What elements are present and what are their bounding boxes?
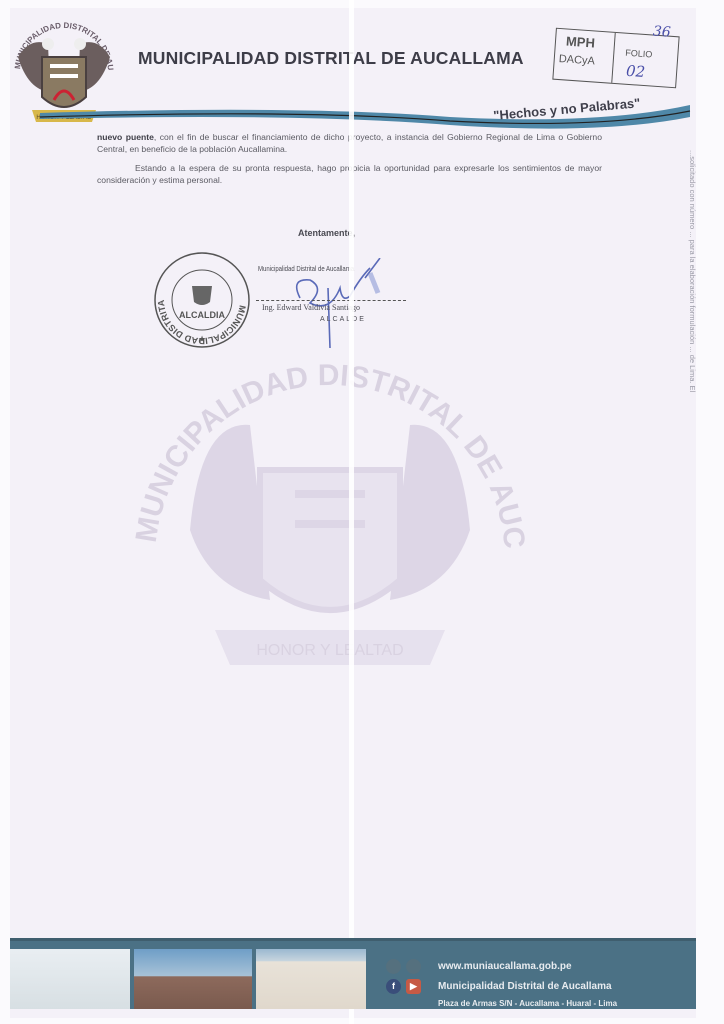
stamp-folio-label: FOLIO — [625, 48, 653, 60]
footer-photo-church — [134, 949, 252, 1009]
svg-text:ALCALDIA: ALCALDIA — [179, 310, 225, 320]
social-icon-placeholder — [386, 959, 401, 974]
footer-website[interactable]: www.muniaucallama.gob.pe — [438, 961, 572, 972]
footer-photo-plaza-palms — [10, 949, 130, 1009]
stamp-folio-number: 02 — [626, 62, 646, 81]
svg-text:HONOR Y LEALTAD: HONOR Y LEALTAD — [256, 642, 403, 659]
stamp-dacya: DACyA — [558, 53, 595, 67]
signatory-name: Ing. Edward Valdivia Santiago — [262, 303, 360, 312]
stamp-office-cell: MPH DACyA — [553, 29, 615, 83]
stamp-mph: MPH — [566, 33, 596, 50]
signature-institution: Municipalidad Distrital de Aucallama — [258, 264, 354, 273]
paper-fold-line — [349, 0, 354, 1024]
social-icon-placeholder — [406, 959, 421, 974]
reception-stamp: MPH DACyA FOLIO 02 36 — [552, 28, 679, 89]
footer-band: f ▶ www.muniaucallama.gob.pe Municipalid… — [10, 941, 696, 1009]
signature-block: Municipalidad Distrital de Aucallama Ing… — [250, 258, 420, 338]
paragraph-1-bold: nuevo puente — [97, 132, 154, 142]
institution-title: MUNICIPALIDAD DISTRITAL DE AUCALLAMA — [138, 48, 524, 69]
stamp-handwritten-mark: 36 — [652, 24, 671, 41]
footer-photo-municipal-building — [256, 949, 366, 1009]
signatory-role: ALCALDE — [320, 316, 366, 323]
footer-institution-name: Municipalidad Distrital de Aucallama — [438, 981, 612, 992]
signature-line — [256, 300, 406, 301]
crest-watermark: MUNICIPALIDAD DISTRITAL DE AUCALLAMA HON… — [130, 330, 530, 690]
youtube-icon[interactable]: ▶ — [406, 979, 421, 994]
closing-salutation: Atentamente, — [298, 228, 355, 238]
facebook-icon[interactable]: f — [386, 979, 401, 994]
bleed-through-side-text: ...solicitado con número ... para la ela… — [688, 150, 697, 392]
footer-address: Plaza de Armas S/N - Aucallama - Huaral … — [438, 999, 617, 1008]
